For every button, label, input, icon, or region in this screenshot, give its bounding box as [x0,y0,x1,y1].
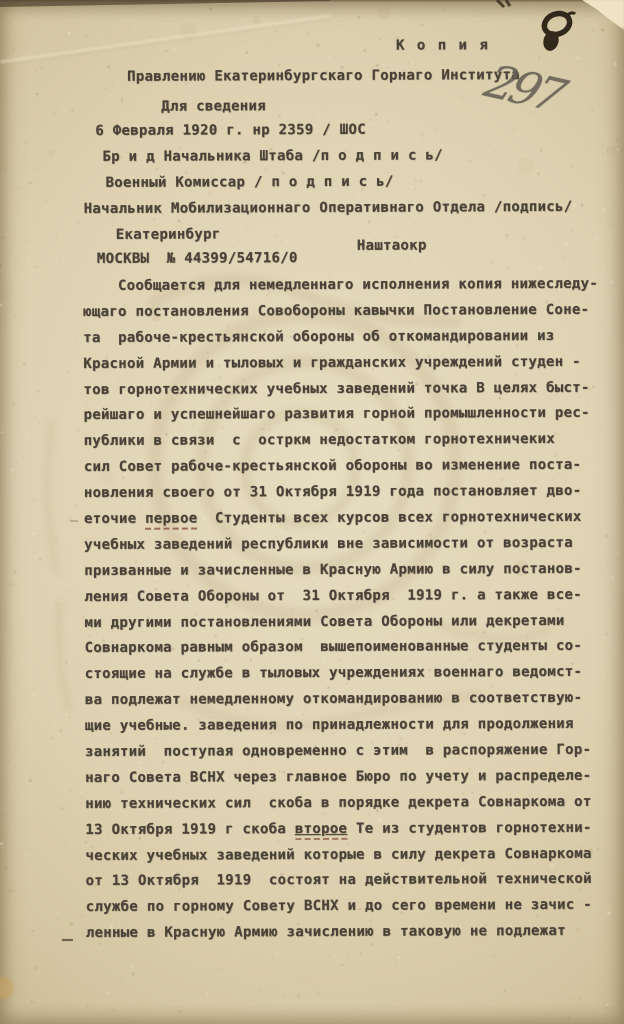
body-line: стоящие на службе в тыловых учреждениях … [85,664,611,692]
body-text: Сообщается для немедленнаго исполнения к… [83,276,612,951]
signature-line: Начальник Мобилизационнаго Оперативнаго … [84,197,573,219]
signature-line: Бр и д Начальника Штаба /п о д п и с ь/ [102,145,443,166]
body-line: 13 Октября 1919 г скоба второе Те из сту… [85,819,611,847]
body-line: щие учебные. заведения по принадлежности… [85,716,611,744]
body-line: от 13 Октября 1919 состоят на действител… [86,871,612,899]
body-line: ленные в Красную Армию зачислению в тако… [86,923,612,951]
body-line: учебных заведений республики вне зависим… [84,535,610,563]
body-line: ления Совета Обороны от 31 Октября 1919 … [84,586,610,614]
addressee-line: Правлению Екатеринбургскаго Горнаго Инст… [127,65,520,87]
underlined-word: второе [295,821,347,840]
body-line: Красной Армии и тыловых и гражданских уч… [83,353,609,381]
body-line: нию технических сил скоба в порядке декр… [85,794,611,822]
body-line: ми другими постановлениями Совета Оборон… [84,612,610,640]
body-line: тов горнотехнических учебных заведений т… [83,379,609,407]
underlined-word: первое [145,511,197,530]
document-page: К о п и я Правлению Екатеринбургскаго Го… [0,0,624,1024]
body-line: ческих учебных заведений которые в силу … [85,845,611,873]
body-line: Совнаркома равным образом вышепоименован… [85,638,611,666]
copy-label: К о п и я [396,35,490,55]
body-line: новления своего от 31 Октября 1919 года … [84,483,610,511]
body-line: занятий поступая одновременно с этим в р… [85,742,611,770]
date-number-line: 6 Февраля 1920 г. нр 2359 / ШОС [95,120,366,141]
body-line: призванные и зачисленные в Красную Армию… [84,560,610,588]
body-line: рейшаго и успешнейшаго развития горной п… [84,405,610,433]
city-line: Екатеринбург [116,224,221,244]
document-content: К о п и я Правлению Екатеринбургскаго Го… [0,0,624,1024]
sender-title-line: Наштаокр [357,235,427,255]
body-line: Сообщается для немедленнаго исполнения к… [83,276,609,304]
body-line: ва подлежат немедленному откомандировани… [85,690,611,718]
body-line: наго Совета ВСНХ через главное Бюро по у… [85,768,611,796]
body-line: еточие первое Студенты всех курсов всех … [84,509,610,537]
for-information-line: Для сведения [161,96,266,116]
body-line: службе по горному Совету ВСНХ и до сего … [86,897,612,925]
body-line: публики в связи с остркм недостатком гор… [84,431,610,459]
body-line: та рабоче-крестьянской обороны об откома… [83,327,609,355]
body-line: ющаго постановления Совобороны кавычки П… [83,302,609,330]
moscow-reference-line: МОСКВЫ № 44399/54716/0 [97,248,298,269]
signature-block: Бр и д Начальника Штаба /п о д п и с ь/В… [0,0,622,1]
body-line: сил Совет рабоче-крестьянской обороны во… [84,457,610,485]
signature-line: Военный Комиссар / п о д п и с ь/ [106,172,394,193]
